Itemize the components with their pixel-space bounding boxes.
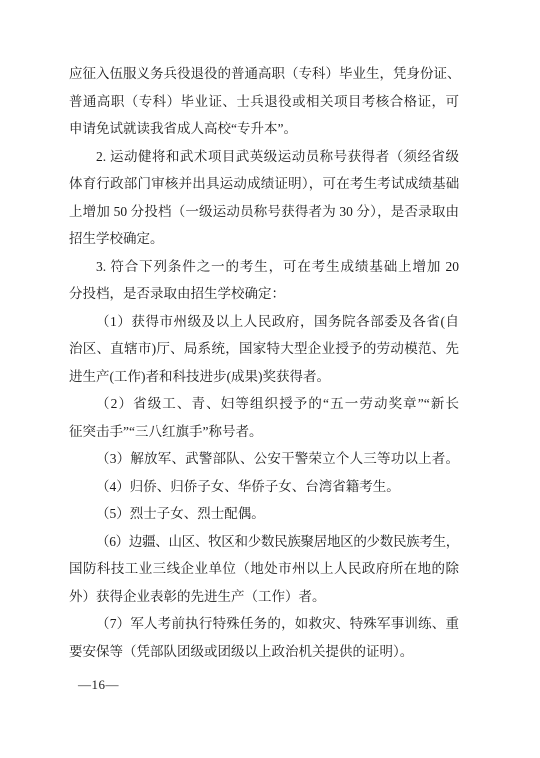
text-line: 治区、直辖市)厅、局系统，国家特大型企业授予的劳动模范、先 [69,335,459,363]
text-line: 招生学校确定。 [69,225,459,253]
text-line: 进生产(工作)者和科技进步(成果)奖获得者。 [69,363,459,391]
text-line: （6）边疆、山区、牧区和少数民族聚居地区的少数民族考生， [69,528,459,556]
document-text-block: 应征入伍服义务兵役退役的普通高职（专科）毕业生，凭身份证、 普通高职（专科）毕业… [69,60,459,665]
text-line: （1）获得市州级及以上人民政府，国务院各部委及各省(自 [69,308,459,336]
text-line: 国防科技工业三线企业单位（地处市州以上人民政府所在地的除 [69,555,459,583]
text-line: 体育行政部门审核并出具运动成绩证明），可在考生考试成绩基础 [69,170,459,198]
text-line: 应征入伍服义务兵役退役的普通高职（专科）毕业生，凭身份证、 [69,60,459,88]
text-line: 普通高职（专科）毕业证、士兵退役或相关项目考核合格证，可 [69,88,459,116]
text-line: 外）获得企业表彰的先进生产（工作）者。 [69,583,459,611]
text-line: （2）省级工、青、妇等组织授予的“五一劳动奖章”“新长 [69,390,459,418]
text-line: （4）归侨、归侨子女、华侨子女、台湾省籍考生。 [69,473,459,501]
text-line: 分投档，是否录取由招生学校确定： [69,280,459,308]
text-line: （3）解放军、武警部队、公安干警荣立个人三等功以上者。 [69,445,459,473]
page-number: —16— [78,676,119,693]
text-line: 申请免试就读我省成人高校“专升本”。 [69,115,459,143]
document-page: 应征入伍服义务兵役退役的普通高职（专科）毕业生，凭身份证、 普通高职（专科）毕业… [0,0,540,758]
text-line: 3. 符合下列条件之一的考生，可在考生成绩基础上增加 20 [69,253,459,281]
text-line: 要安保等（凭部队团级或团级以上政治机关提供的证明）。 [69,638,459,666]
text-line: 2. 运动健将和武术项目武英级运动员称号获得者（须经省级 [69,143,459,171]
text-line: （5）烈士子女、烈士配偶。 [69,500,459,528]
text-line: （7）军人考前执行特殊任务的，如救灾、特殊军事训练、重 [69,610,459,638]
text-line: 上增加 50 分投档（一级运动员称号获得者为 30 分），是否录取由 [69,198,459,226]
text-line: 征突击手”“三八红旗手”称号者。 [69,418,459,446]
